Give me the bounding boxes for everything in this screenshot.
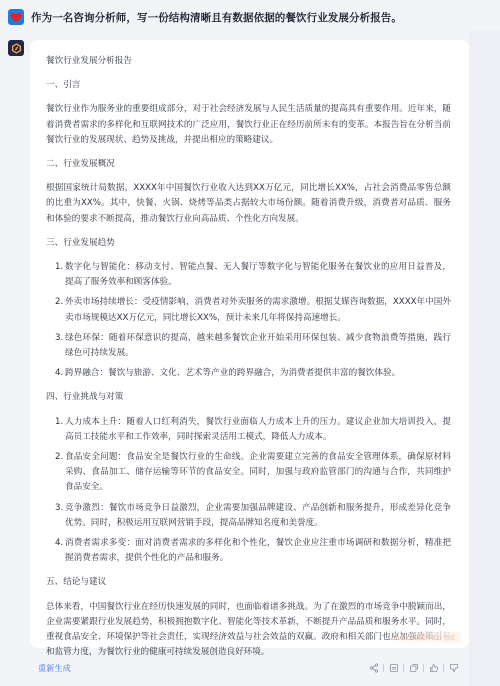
list-item: 2.食品安全问题：食品安全是餐饮行业的生命线。企业需要建立完善的食品安全管理体系… [46, 450, 451, 496]
list-number: 1. [55, 415, 65, 445]
list-number: 1. [55, 260, 65, 290]
list-item: 4.跨界融合：餐饮与旅游、文化、艺术等产业的跨界融合，为消费者提供丰富的餐饮体验… [46, 366, 451, 381]
list-number: 4. [55, 536, 65, 566]
section-heading: 五、结论与建议 [46, 575, 451, 590]
section-paragraph: 餐饮行业作为服务业的重要组成部分，对于社会经济发展与人民生活质量的提高具有重要作… [46, 102, 451, 148]
share-icon [369, 663, 379, 673]
section-paragraph: 总体来看，中国餐饮行业在经历快速发展的同时，也面临着诸多挑战。为了在激烈的市场竞… [46, 600, 451, 661]
heart-icon [10, 8, 22, 27]
chat-page: 作为一名咨询分析师，写一份结构清晰且有数据依据的餐饮行业发展分析报告。 餐饮行业… [0, 0, 500, 686]
list-text: 食品安全问题：食品安全是餐饮行业的生命线。企业需要建立完善的食品安全管理体系，确… [65, 450, 451, 496]
section-paragraph: 根据国家统计局数据，XXXX年中国餐饮行业收入达到XX万亿元，同比增长XX%，占… [46, 181, 451, 227]
list-text: 消费者需求多变：面对消费者需求的多样化和个性化，餐饮企业应注重市场调研和数据分析… [65, 536, 451, 566]
list-text: 绿色环保：随着环保意识的提高，越来越多餐饮企业开始采用环保包装、减少食物浪费等措… [65, 331, 451, 361]
share-button[interactable] [364, 661, 383, 675]
bot-avatar [8, 40, 24, 56]
list-number: 3. [55, 331, 65, 361]
list-item: 2.外卖市场持续增长：受疫情影响，消费者对外卖服务的需求激增。根据艾媒咨询数据，… [46, 295, 451, 325]
right-gutter [469, 30, 500, 686]
trend-list: 1.数字化与智能化：移动支付、智能点餐、无人餐厅等数字化与智能化服务在餐饮业的应… [46, 260, 451, 381]
regenerate-button[interactable]: 重新生成 [38, 663, 71, 674]
list-item: 3.竞争激烈：餐饮市场竞争日益激烈，企业需要加强品牌建设、产品创新和服务提升，形… [46, 501, 451, 531]
section-heading: 四、行业挑战与对策 [46, 390, 451, 405]
copy-icon [409, 663, 419, 673]
list-item: 1.数字化与智能化：移动支付、智能点餐、无人餐厅等数字化与智能化服务在餐饮业的应… [46, 260, 451, 290]
user-message: 作为一名咨询分析师，写一份结构清晰且有数据依据的餐饮行业发展分析报告。 [8, 9, 492, 25]
list-number: 2. [55, 450, 65, 496]
image-icon [389, 663, 399, 673]
list-item: 3.绿色环保：随着环保意识的提高，越来越多餐饮企业开始采用环保包装、减少食物浪费… [46, 331, 451, 361]
list-number: 2. [55, 295, 65, 325]
like-button[interactable] [424, 661, 443, 675]
section-heading: 三、行业发展趋势 [46, 236, 451, 251]
user-avatar [8, 9, 24, 25]
save-image-button[interactable] [384, 661, 403, 675]
list-text: 竞争激烈：餐饮市场竞争日益激烈，企业需要加强品牌建设、产品创新和服务提升，形成差… [65, 501, 451, 531]
list-text: 数字化与智能化：移动支付、智能点餐、无人餐厅等数字化与智能化服务在餐饮业的应用日… [65, 260, 451, 290]
report-title: 餐饮行业发展分析报告 [46, 54, 451, 69]
user-message-text: 作为一名咨询分析师，写一份结构清晰且有数据依据的餐饮行业发展分析报告。 [31, 10, 402, 25]
list-number: 3. [55, 501, 65, 531]
thumbs-down-icon [449, 663, 459, 673]
bot-message-bubble: 餐饮行业发展分析报告 一、引言 餐饮行业作为服务业的重要组成部分，对于社会经济发… [30, 40, 469, 648]
section-heading: 一、引言 [46, 78, 451, 93]
bot-logo-icon [11, 39, 22, 58]
list-text: 跨界融合：餐饮与旅游、文化、艺术等产业的跨界融合，为消费者提供丰富的餐饮体验。 [65, 366, 451, 381]
dislike-button[interactable] [444, 661, 463, 675]
message-actions [364, 661, 463, 675]
challenge-list: 1.人力成本上升：随着人口红利消失，餐饮行业面临人力成本上升的压力。建议企业加大… [46, 415, 451, 567]
list-item: 4.消费者需求多变：面对消费者需求的多样化和个性化，餐饮企业应注重市场调研和数据… [46, 536, 451, 566]
list-text: 外卖市场持续增长：受疫情影响，消费者对外卖服务的需求激增。根据艾媒咨询数据，XX… [65, 295, 451, 325]
ai-generated-watermark: 由文心大模型 4.0 生成 [388, 632, 461, 643]
list-text: 人力成本上升：随着人口红利消失，餐饮行业面临人力成本上升的压力。建议企业加大培训… [65, 415, 451, 445]
list-number: 4. [55, 366, 65, 381]
copy-button[interactable] [404, 661, 423, 675]
thumbs-up-icon [429, 663, 439, 673]
section-heading: 二、行业发展概况 [46, 157, 451, 172]
message-footer: 重新生成 [30, 660, 469, 676]
list-item: 1.人力成本上升：随着人口红利消失，餐饮行业面临人力成本上升的压力。建议企业加大… [46, 415, 451, 445]
